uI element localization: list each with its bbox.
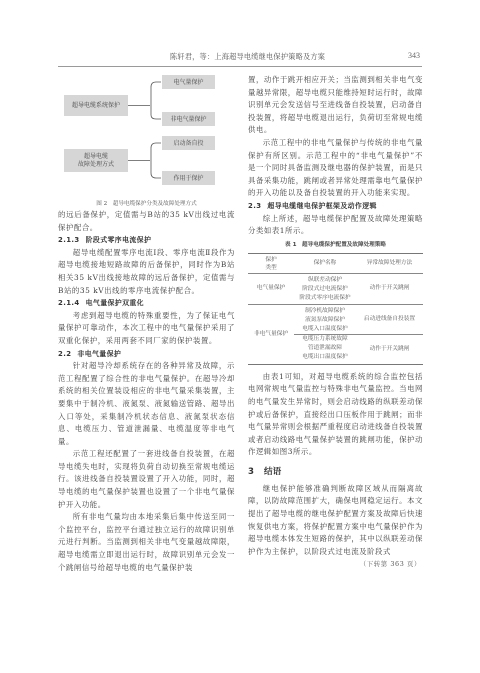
continued-on-page-note: （下转第 363 页）: [248, 558, 423, 570]
diagram-box-start-auto-transfer: 启动备自投: [162, 136, 215, 150]
section-heading-2-1-4: 2.1.4电气量保护双重化: [58, 297, 235, 310]
diagram-box-fault-handling: 超导电缆 故障处理方式: [64, 149, 128, 172]
cell-name: 电缆入口温度保护: [294, 325, 356, 335]
header-protection-type: 保护 类型: [248, 253, 294, 273]
paragraph: 示范工程中的非电气量保护与传统的非电气量保护有所区别。示范工程中的“非电气量保护…: [248, 137, 423, 200]
cell-type: 非电气量保护: [248, 304, 294, 364]
header-protection-name: 保护名称: [294, 253, 356, 273]
cell-name: 制冷机故障保护: [294, 304, 356, 316]
figure-2-caption: 图 2 超导电缆保护分类及故障处理方式: [58, 200, 235, 209]
diagram-box-non-electrical-protection: 非电气量保护: [162, 112, 215, 126]
diagram-box-electrical-protection: 电气量保护: [162, 75, 215, 89]
section-heading-2-1-3: 2.1.3阶段式零序电流保护: [58, 234, 235, 247]
cell-name: 液氮泵故障保护: [294, 316, 356, 325]
table-row: 电气量保护 纵联差动保护 动作于开关跳闸: [248, 273, 423, 285]
cell-name: 管道泄漏故障: [294, 344, 356, 353]
left-column: 超导电缆系统保护 电气量保护 非电气量保护 超导电缆 故障处理方式 启动备自投 …: [58, 74, 235, 574]
paragraph: 置，动作于跳开相应开关；当监测到相关非电气变量越异常限，超导电缆只能维持短时运行…: [248, 74, 423, 137]
cell-method: 启动进线备自投装置: [356, 304, 423, 334]
section-heading-3: 3结语: [248, 465, 423, 479]
cell-method: 动作于开关跳闸: [356, 273, 423, 304]
cell-name: 阶段式零序电流保护: [294, 294, 356, 305]
paragraph: 由表1可知，对超导电缆系统的综合监控包括电网常规电气量监控与特殊非电气量监控。当…: [248, 371, 423, 459]
cell-type: 电气量保护: [248, 273, 294, 304]
section-heading-2-2: 2.2非电气量保护: [58, 348, 235, 361]
cell-name: 电缆压力系统故障: [294, 334, 356, 344]
running-title: 陈轩君，等：上海超导电缆继电保护策略及方案: [170, 52, 325, 62]
cell-name: 电缆出口温度保护: [294, 353, 356, 365]
figure-2-diagram: 超导电缆系统保护 电气量保护 非电气量保护 超导电缆 故障处理方式 启动备自投 …: [58, 74, 235, 200]
paragraph: 继电保护能够准确判断故障区域从而隔离故障，以防故障范围扩大，确保电网稳定运行。本…: [248, 483, 423, 559]
cell-method: 动作于开关跳闸: [356, 334, 423, 364]
paragraph: 超导电缆配置零序电流Ⅰ段、零序电流Ⅱ段作为超导电缆接地短路故障的后备保护，同时作…: [58, 247, 235, 297]
diagram-box-system-protection: 超导电缆系统保护: [64, 95, 128, 116]
table-row: 非电气量保护 制冷机故障保护 启动进线备自投装置: [248, 304, 423, 316]
table-header-row: 保护 类型 保护名称 异常故障处理方法: [248, 253, 423, 273]
paragraph: 针对超导冷却系统存在的各种异常及故障，示范工程配置了综合性的非电气量保护。在超导…: [58, 360, 235, 448]
page-number: 343: [408, 51, 420, 60]
right-column: 置，动作于跳开相应开关；当监测到相关非电气变量越异常限，超导电缆只能维持短时运行…: [248, 74, 423, 570]
diagram-connector-lines: [128, 74, 164, 194]
paragraph: 所有非电气量均由本地采集后集中传送至同一个监控平台，监控平台通过独立运行的故障识…: [58, 511, 235, 574]
cell-name: 纵联差动保护: [294, 273, 356, 285]
diagram-box-act-on-protection: 作用于保护: [162, 171, 215, 185]
paragraph: 的远后备保护，定值需与B站的35 kV出线过电流保护配合。: [58, 209, 235, 234]
running-header: 陈轩君，等：上海超导电缆继电保护策略及方案 343: [58, 50, 422, 67]
section-heading-2-3: 2.3超导电缆继电保护框架及动作逻辑: [248, 200, 423, 213]
table-1: 保护 类型 保护名称 异常故障处理方法 电气量保护 纵联差动保护 动作于开关跳闸…: [248, 253, 423, 365]
paragraph: 综上所述，超导电缆保护配置及故障处理策略分类如表1所示。: [248, 213, 423, 238]
cell-name: 阶段式过电流保护: [294, 285, 356, 294]
table-1-caption: 表 1 超导电缆保护配置及故障处理策略: [248, 241, 423, 250]
paragraph: 考虑到超导电缆的特殊重要性，为了保证电气量保护可靠动作，本次工程中的电气量保护采…: [58, 310, 235, 348]
header-handling-method: 异常故障处理方法: [356, 253, 423, 273]
paragraph: 示范工程还配置了一套进线备自投装置，在超导电缆失电时，实现将负荷自动切换至常规电…: [58, 448, 235, 511]
